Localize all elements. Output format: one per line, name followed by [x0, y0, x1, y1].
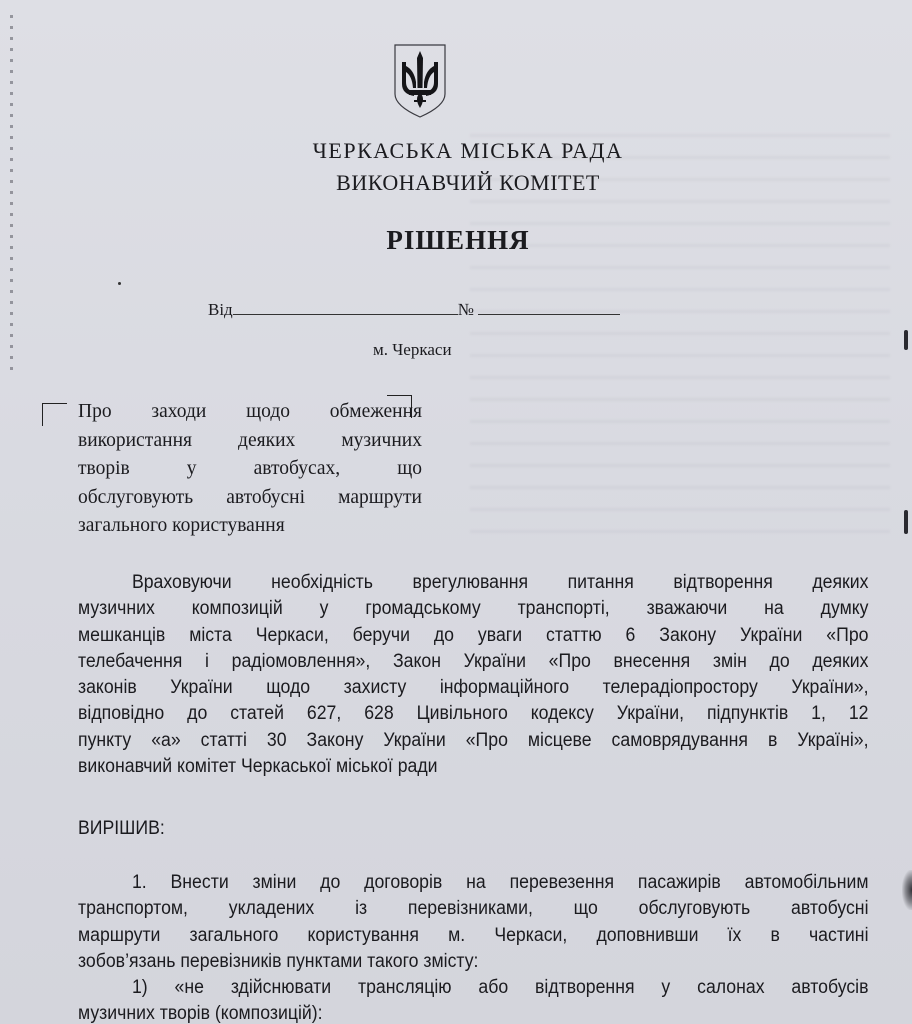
subject-bracket-left [42, 403, 67, 426]
preamble-line: виконавчий комітет Черкаської міської ра… [78, 754, 869, 780]
preamble-paragraph: Враховуючи необхідність врегулювання пит… [78, 570, 869, 780]
resolution-point-1: 1. Внести зміни до договорів на перевезе… [78, 870, 869, 1024]
point-line: музичних творів (композицій): [78, 1001, 869, 1024]
preamble-line: пункту «а» статті 30 Закону України «Про… [78, 728, 869, 754]
speck [118, 282, 121, 285]
document-photo: ЧЕРКАСЬКА МІСЬКА РАДА ВИКОНАВЧИЙ КОМІТЕТ… [0, 0, 912, 1024]
preamble-line: мешканців міста Черкаси, беручи до уваги… [78, 623, 869, 649]
point-line: зобов’язань перевізників пунктами такого… [78, 949, 869, 975]
document-type-title: РІШЕННЯ [2, 225, 912, 256]
decision-subject: Про заходи щодо обмеження використання д… [78, 398, 422, 541]
city-name: м. Черкаси [373, 340, 452, 360]
resolved-heading: ВИРІШИВ: [78, 818, 165, 840]
council-name: ЧЕРКАСЬКА МІСЬКА РАДА [12, 138, 912, 164]
coat-of-arms-icon [392, 42, 448, 120]
subject-line: творів у автобусах, що [78, 455, 422, 484]
preamble-line: Враховуючи необхідність врегулювання пит… [78, 570, 869, 596]
subject-line: загального користування [78, 512, 422, 541]
point-line: 1. Внести зміни до договорів на перевезе… [78, 870, 869, 896]
preamble-line: телебачення і радіомовлення», Закон Укра… [78, 649, 869, 675]
subject-line: використання деяких музичних [78, 427, 422, 456]
committee-name: ВИКОНАВЧИЙ КОМІТЕТ [12, 170, 912, 196]
number-label: № [458, 300, 474, 319]
date-blank-field [233, 302, 458, 315]
point-line: 1) «не здійснювати трансляцію або відтво… [78, 975, 869, 1001]
from-label: Від [208, 300, 233, 319]
subject-line: обслуговують автобусні маршрути [78, 484, 422, 513]
number-blank-field [478, 302, 620, 315]
right-margin-mark [904, 330, 908, 350]
point-line: маршрути загального користування м. Черк… [78, 923, 869, 949]
point-line: транспортом, укладених із перевізниками,… [78, 896, 869, 922]
date-number-line: Від№ [208, 300, 620, 320]
preamble-line: відповідно до статей 627, 628 Цивільного… [78, 701, 869, 727]
right-edge-smudge [902, 870, 912, 910]
subject-line: Про заходи щодо обмеження [78, 398, 422, 427]
right-margin-mark [904, 510, 908, 534]
preamble-line: музичних композицій у громадському транс… [78, 596, 869, 622]
preamble-line: законів України щодо захисту інформаційн… [78, 675, 869, 701]
